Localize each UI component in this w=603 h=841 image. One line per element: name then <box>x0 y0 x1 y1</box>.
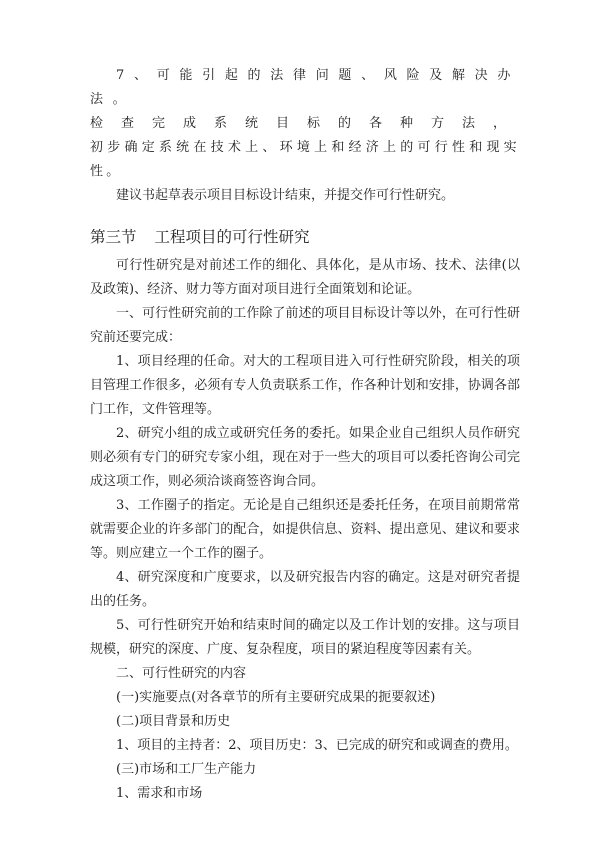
list-item: (三)市场和工厂生产能力 <box>90 758 520 782</box>
intro-line-2: 检查完成系统目标的各种方法， <box>90 112 520 136</box>
section-heading: 第三节工程项目的可行性研究 <box>90 225 520 249</box>
intro-line-3: 初步确定系统在技术上、环境上和经济上的可行性和现实性。 <box>90 136 520 184</box>
list-item: 1、需求和市场 <box>90 782 520 806</box>
list-item: 1、项目的主持者：2、项目历史：3、已完成的研究和或调查的费用。 <box>90 734 520 758</box>
list-item: (一)实施要点(对各章节的所有主要研究成果的扼要叙述) <box>90 686 520 710</box>
section-number: 第三节 <box>90 228 137 246</box>
paragraph: 5、可行性研究开始和结束时间的确定以及工作计划的安排。这与项目规模，研究的深度、… <box>90 614 520 662</box>
section-title: 工程项目的可行性研究 <box>155 228 310 246</box>
document-page: 7、可能引起的法律问题、风险及解决办法。 检查完成系统目标的各种方法， 初步确定… <box>90 64 520 806</box>
list-item: 二、可行性研究的内容 <box>90 662 520 686</box>
paragraph: 可行性研究是对前述工作的细化、具体化，是从市场、技术、法律(以及政策)、经济、财… <box>90 254 520 302</box>
paragraph: 一、可行性研究前的工作除了前述的项目目标设计等以外，在可行性研究前还要完成： <box>90 302 520 350</box>
list-item: (二)项目背景和历史 <box>90 710 520 734</box>
intro-line-1: 7、可能引起的法律问题、风险及解决办法。 <box>90 64 520 112</box>
paragraph: 4、研究深度和广度要求，以及研究报告内容的确定。这是对研究者提出的任务。 <box>90 566 520 614</box>
paragraph: 1、项目经理的任命。对大的工程项目进入可行性研究阶段，相关的项目管理工作很多，必… <box>90 350 520 422</box>
paragraph: 2、研究小组的成立或研究任务的委托。如果企业自己组织人员作研究则必须有专门的研究… <box>90 422 520 494</box>
paragraph: 3、工作圈子的指定。无论是自己组织还是委托任务，在项目前期常常就需要企业的许多部… <box>90 494 520 566</box>
intro-paragraph: 建议书起草表示项目目标设计结束，并提交作可行性研究。 <box>90 184 520 208</box>
